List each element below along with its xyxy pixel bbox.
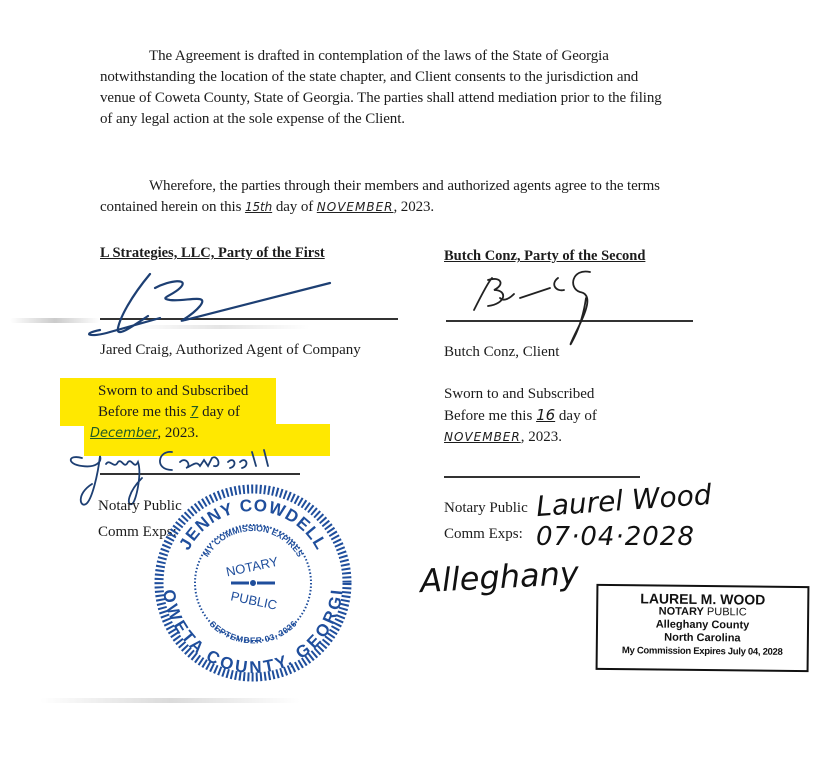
- text: , 2023.: [521, 429, 562, 445]
- paragraph-line: notwithstanding the location of the stat…: [100, 67, 662, 88]
- party-first-heading: L Strategies, LLC, Party of the First: [100, 245, 325, 262]
- sworn-line: NOVEMBER, 2023.: [444, 427, 597, 448]
- signature-laurel-wood: Laurel Wood: [535, 478, 713, 523]
- handwritten-day: 7: [190, 405, 198, 420]
- text: contained herein on this: [100, 199, 241, 215]
- paragraph-line: of any legal action at the sole expense …: [100, 109, 662, 130]
- paragraph-line: Wherefore, the parties through their mem…: [100, 176, 660, 197]
- paragraph-wherefore: Wherefore, the parties through their mem…: [100, 176, 660, 218]
- handwritten-month: December: [90, 426, 157, 441]
- paragraph-line: The Agreement is drafted in contemplatio…: [100, 46, 662, 67]
- signature-jared-craig: [60, 268, 350, 348]
- signer-caption-second: Butch Conz, Client: [444, 344, 559, 361]
- text: Before me this: [98, 404, 186, 420]
- sworn-line: Sworn to and Subscribed: [98, 381, 248, 402]
- paragraph-line: contained herein on this 15th day of NOV…: [100, 197, 660, 218]
- paragraph-jurisdiction: The Agreement is drafted in contemplatio…: [100, 46, 662, 130]
- sworn-block-second: Sworn to and Subscribed Before me this 1…: [444, 384, 597, 448]
- handwritten-month: NOVEMBER: [444, 430, 521, 444]
- stamp-expires: My Commission Expires July 04, 2028: [598, 644, 807, 659]
- sworn-line: Before me this 16 day of: [444, 405, 597, 427]
- notary-public-label-second: Notary Public: [444, 500, 528, 517]
- handwritten-county: Alleghany: [419, 554, 580, 600]
- notary-seal: JENNY COWDELL COWETA COUNTY, GEORGIA MY …: [153, 483, 353, 683]
- stamp-title-bold: NOTARY: [659, 606, 704, 618]
- text: day of: [559, 408, 597, 424]
- party-second-heading: Butch Conz, Party of the Second: [444, 248, 645, 265]
- scan-smudge: [40, 698, 300, 703]
- seal-graphic: JENNY COWDELL COWETA COUNTY, GEORGIA MY …: [153, 483, 353, 683]
- handwritten-day: 15th: [245, 200, 272, 214]
- svg-text:PUBLIC: PUBLIC: [229, 588, 278, 612]
- text: Before me this: [444, 408, 532, 424]
- svg-text:SEPTEMBER 03, 2026: SEPTEMBER 03, 2026: [208, 619, 299, 646]
- handwritten-month: NOVEMBER: [317, 200, 394, 214]
- sworn-line: Sworn to and Subscribed: [444, 384, 597, 405]
- sworn-line: Before me this 7 day of: [98, 402, 248, 423]
- comm-exps-label-second: Comm Exps:: [444, 526, 523, 543]
- handwritten-comm-date: 07·04·2028: [536, 522, 695, 552]
- signer-caption-first: Jared Craig, Authorized Agent of Company: [100, 342, 361, 359]
- text: , 2023.: [394, 199, 435, 215]
- svg-text:NOTARY: NOTARY: [225, 554, 280, 580]
- paragraph-line: venue of Coweta County, State of Georgia…: [100, 88, 662, 109]
- notary-line-second: [444, 476, 640, 478]
- text: day of: [202, 404, 240, 420]
- notary-stamp: LAUREL M. WOOD NOTARY PUBLIC Alleghany C…: [596, 584, 810, 672]
- sworn-line: December, 2023.: [98, 423, 248, 444]
- text: , 2023.: [157, 425, 198, 441]
- stamp-title-rest: PUBLIC: [704, 606, 747, 618]
- text: day of: [276, 199, 313, 215]
- sworn-block-first: Sworn to and Subscribed Before me this 7…: [98, 381, 248, 444]
- svg-text:MY COMMISSION EXPIRES: MY COMMISSION EXPIRES: [201, 523, 306, 559]
- handwritten-day: 16: [536, 406, 555, 424]
